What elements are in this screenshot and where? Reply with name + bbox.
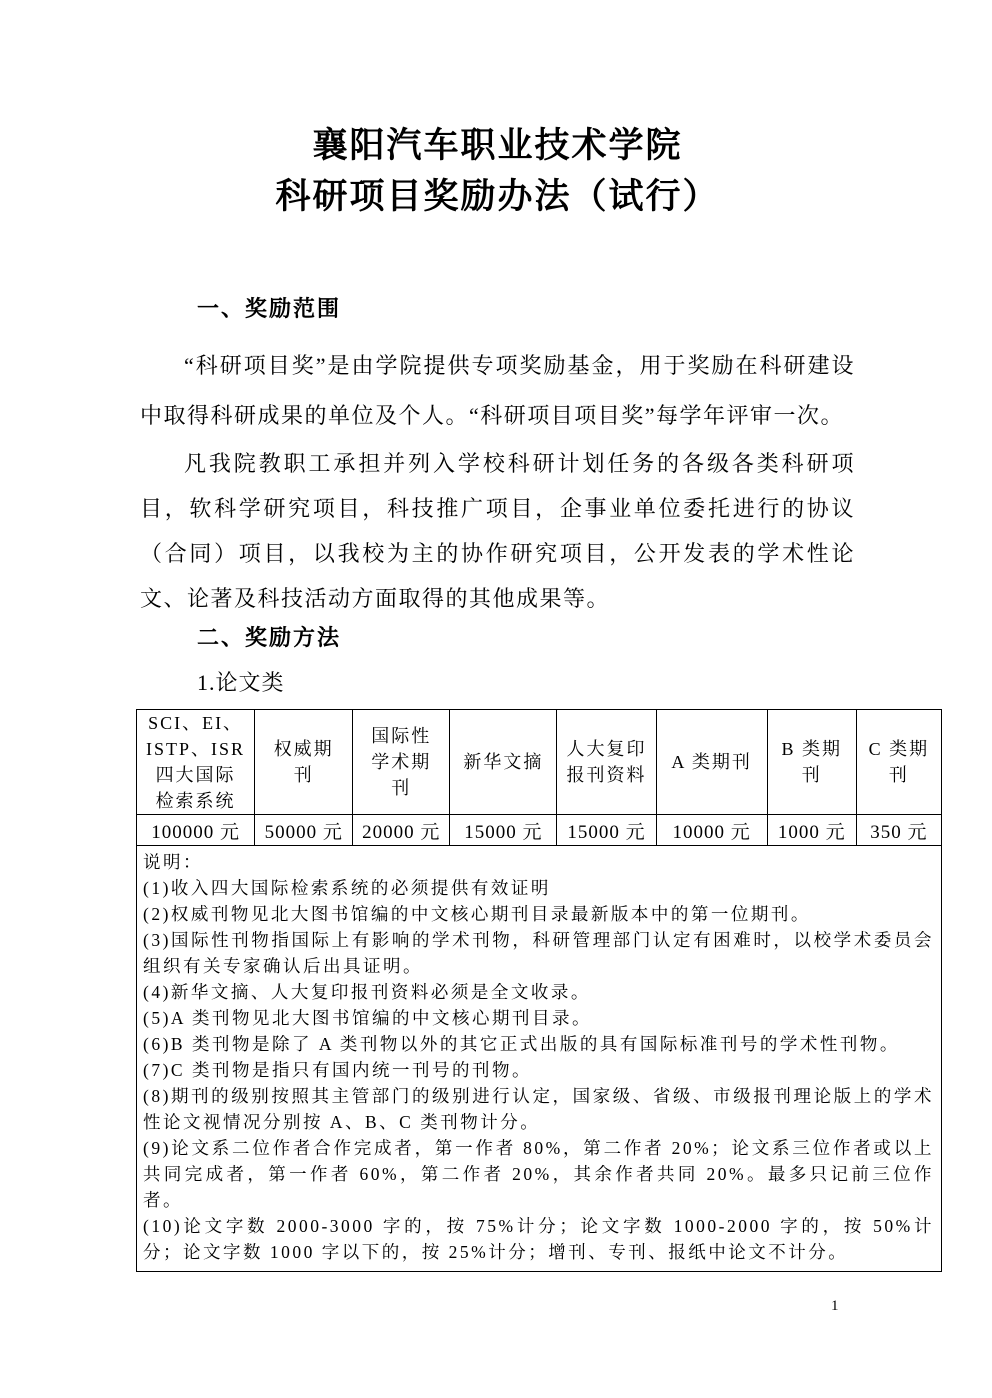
document-page: 襄阳汽车职业技术学院 科研项目奖励办法（试行） 一、奖励范围 “科研项目奖”是由… (0, 0, 992, 1398)
table-value-cell-renda: 15000 元 (557, 815, 656, 846)
table-header-cell-international: 国际性 学术期 刊 (353, 710, 450, 815)
note-item-7: (7)C 类刊物是指只有国内统一刊号的刊物。 (143, 1057, 934, 1083)
table-value-cell-authoritative: 50000 元 (255, 815, 353, 846)
table-value-cell-international: 20000 元 (353, 815, 450, 846)
table-notes-row: 说明： (1)收入四大国际检索系统的必须提供有效证明 (2)权威刊物见北大图书馆… (137, 846, 942, 1272)
table-notes-cell: 说明： (1)收入四大国际检索系统的必须提供有效证明 (2)权威刊物见北大图书馆… (137, 846, 942, 1272)
table-header-cell-authoritative: 权威期 刊 (255, 710, 353, 815)
table-value-cell-sci: 100000 元 (137, 815, 255, 846)
paragraph-reward-scope-1: “科研项目奖”是由学院提供专项奖励基金，用于奖励在科研建设中取得科研成果的单位及… (140, 341, 855, 441)
page-number: 1 (831, 1298, 839, 1315)
notes-label: 说明： (143, 849, 934, 875)
table-value-row: 100000 元 50000 元 20000 元 15000 元 15000 元… (137, 815, 942, 846)
note-item-5: (5)A 类刊物见北大图书馆编的中文核心期刊目录。 (143, 1005, 934, 1031)
table-header-cell-class-b: B 类期 刊 (767, 710, 856, 815)
table-header-row: SCI、EI、 ISTP、ISR 四大国际 检索系统 权威期 刊 国际性 学术期… (137, 710, 942, 815)
section-heading-reward-method: 二、奖励方法 (140, 623, 855, 653)
note-item-6: (6)B 类刊物是除了 A 类刊物以外的其它正式出版的具有国际标准刊号的学术性刊… (143, 1031, 934, 1057)
table-header-cell-class-a: A 类期刊 (656, 710, 767, 815)
note-item-4: (4)新华文摘、人大复印报刊资料必须是全文收录。 (143, 979, 934, 1005)
table-value-cell-xinhua: 15000 元 (450, 815, 557, 846)
note-item-8: (8)期刊的级别按照其主管部门的级别进行认定，国家级、省级、市级报刊理论版上的学… (143, 1083, 934, 1135)
note-item-10: (10)论文字数 2000-3000 字的，按 75%计分；论文字数 1000-… (143, 1213, 934, 1265)
note-item-3: (3)国际性刊物指国际上有影响的学术刊物，科研管理部门认定有困难时，以校学术委员… (143, 927, 934, 979)
document-title-line-1: 襄阳汽车职业技术学院 (140, 120, 855, 171)
table-header-cell-class-c: C 类期 刊 (856, 710, 941, 815)
note-item-2: (2)权威刊物见北大图书馆编的中文核心期刊目录最新版本中的第一位期刊。 (143, 901, 934, 927)
paper-reward-table: SCI、EI、 ISTP、ISR 四大国际 检索系统 权威期 刊 国际性 学术期… (136, 709, 942, 1272)
paragraph-reward-scope-2: 凡我院教职工承担并列入学校科研计划任务的各级各类科研项目，软科学研究项目，科技推… (140, 441, 855, 621)
section-heading-reward-scope: 一、奖励范围 (140, 294, 855, 324)
table-header-cell-xinhua: 新华文摘 (450, 710, 557, 815)
table-value-cell-class-b: 1000 元 (767, 815, 856, 846)
note-item-9: (9)论文系二位作者合作完成者，第一作者 80%，第二作者 20%；论文系三位作… (143, 1135, 934, 1213)
subsection-label-papers: 1.论文类 (140, 669, 855, 697)
table-header-cell-renda: 人大复印 报刊资料 (557, 710, 656, 815)
table-header-cell-sci: SCI、EI、 ISTP、ISR 四大国际 检索系统 (137, 710, 255, 815)
note-item-1: (1)收入四大国际检索系统的必须提供有效证明 (143, 875, 934, 901)
table-value-cell-class-a: 10000 元 (656, 815, 767, 846)
table-value-cell-class-c: 350 元 (856, 815, 941, 846)
document-title-line-2: 科研项目奖励办法（试行） (140, 171, 855, 222)
